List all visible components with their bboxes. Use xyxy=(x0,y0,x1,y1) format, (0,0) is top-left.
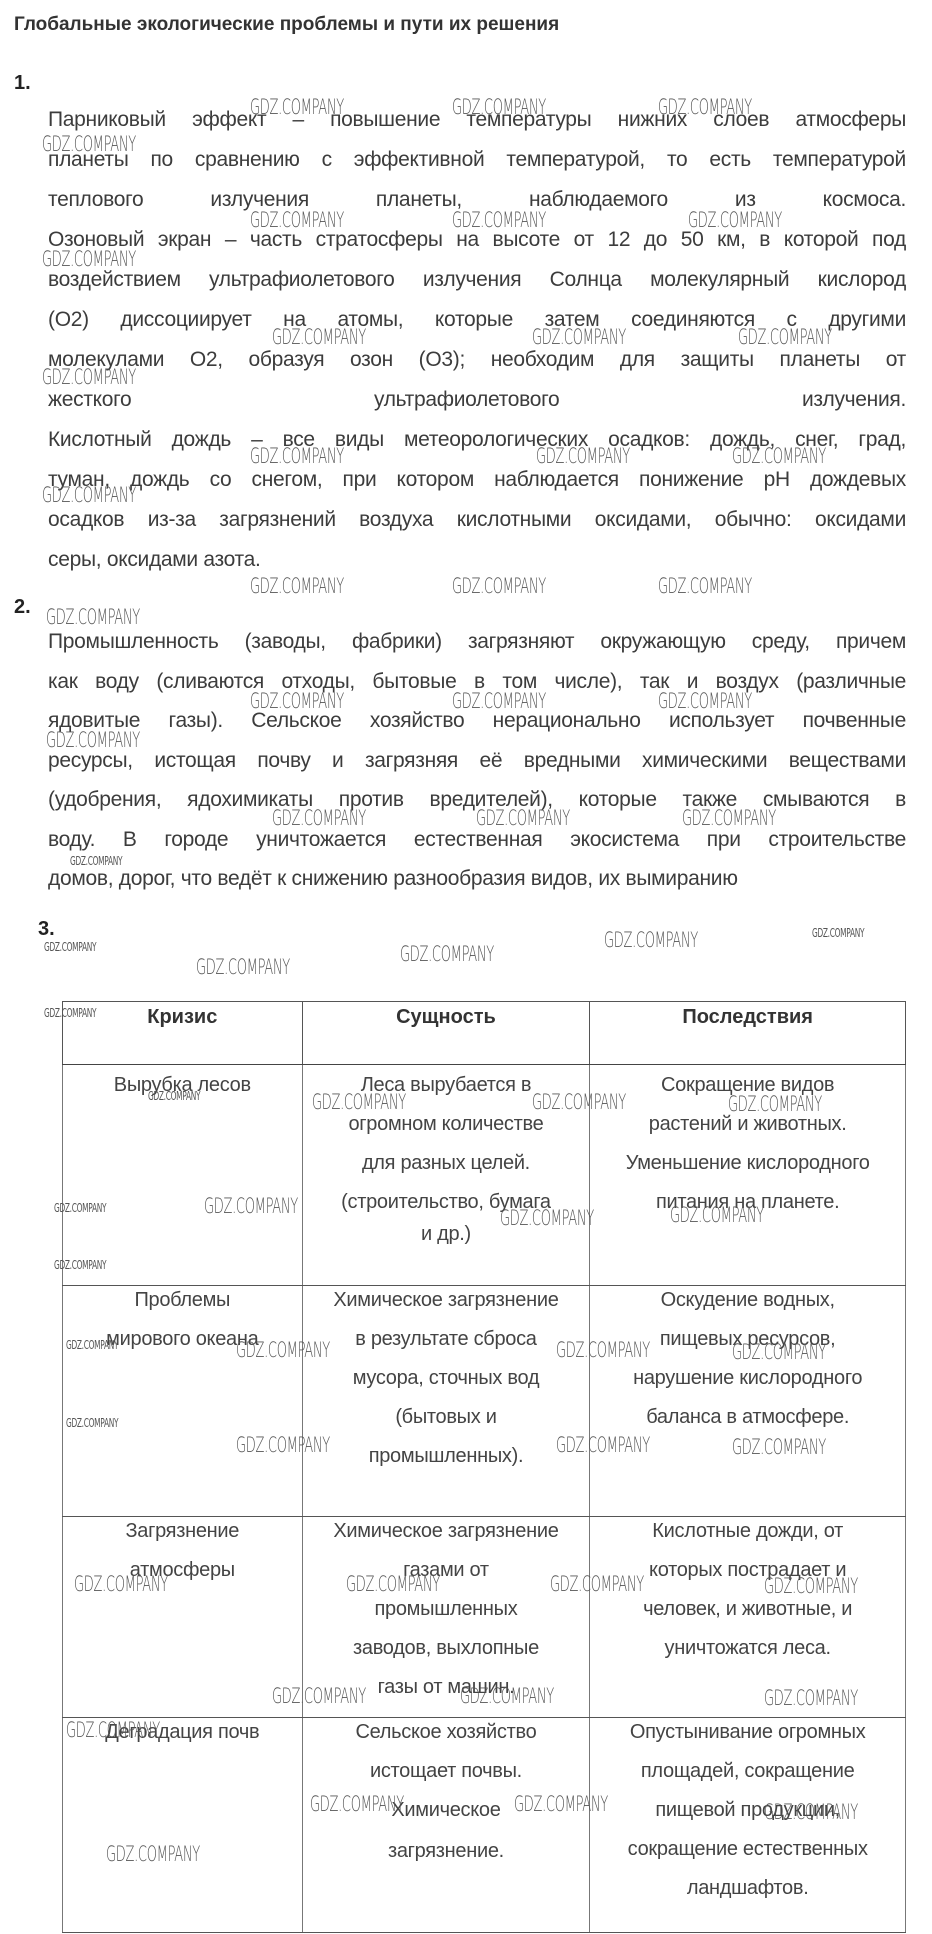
table-row: Проблемы мирового океана Химическое загр… xyxy=(63,1286,906,1517)
watermark-text: GDZ.COMPANY xyxy=(604,928,698,952)
cell-essence: Химическое загрязнение в результате сбро… xyxy=(302,1286,590,1517)
cell-line: Проблемы xyxy=(69,1288,296,1327)
cell-crisis: Деградация почв xyxy=(63,1718,303,1933)
cell-line: истощает почвы. xyxy=(309,1759,584,1798)
header-consequences: Последствия xyxy=(590,1002,906,1065)
section-2-text: Промышленность (заводы, фабрики) загрязн… xyxy=(48,630,906,907)
cell-line: промышленных xyxy=(309,1597,584,1636)
cell-crisis: Проблемы мирового океана xyxy=(63,1286,303,1517)
cell-crisis: Загрязнение атмосферы xyxy=(63,1517,303,1718)
text-line: воду. В городе уничтожается естественная… xyxy=(48,828,906,868)
cell-line: для разных целей. xyxy=(309,1151,584,1190)
header-crisis: Кризис xyxy=(63,1002,303,1065)
cell-line: Вырубка лесов xyxy=(69,1073,296,1112)
text-line: осадков из-за загрязнений воздуха кислот… xyxy=(48,508,906,548)
cell-line: огромном количестве xyxy=(309,1112,584,1151)
text-line: теплового излучения планеты, наблюдаемог… xyxy=(48,188,906,228)
watermark-text: GDZ.COMPANY xyxy=(44,940,96,954)
cell-line: Химическое xyxy=(309,1798,584,1839)
section-number-2: 2. xyxy=(14,596,31,619)
table-row: Деградация почв Сельское хозяйство истощ… xyxy=(63,1718,906,1933)
table-header-row: Кризис Сущность Последствия xyxy=(63,1002,906,1065)
cell-line: Опустынивание огромных xyxy=(596,1720,899,1759)
cell-crisis: Вырубка лесов xyxy=(63,1065,303,1286)
cell-line: мусора, сточных вод xyxy=(309,1366,584,1405)
cell-essence: Леса вырубается в огромном количестве дл… xyxy=(302,1065,590,1286)
cell-line: пищевых ресурсов, xyxy=(596,1327,899,1366)
text-line: ресурсы, истощая почву и загрязняя её вр… xyxy=(48,749,906,789)
cell-line: баланса в атмосфере. xyxy=(596,1405,899,1444)
text-line: Кислотный дождь – все виды метеорологиче… xyxy=(48,428,906,468)
cell-line: Кислотные дожди, от xyxy=(596,1519,899,1558)
text-line: туман, дождь со снегом, при котором набл… xyxy=(48,468,906,508)
text-line: серы, оксидами азота. xyxy=(48,548,906,588)
watermark-text: GDZ.COMPANY xyxy=(812,926,864,940)
text-line: молекулами O2, образуя озон (O3); необхо… xyxy=(48,348,906,388)
section-number-3: 3. xyxy=(38,918,55,941)
cell-line: Леса вырубается в xyxy=(309,1073,584,1112)
cell-line: нарушение кислородного xyxy=(596,1366,899,1405)
cell-line: Сокращение видов xyxy=(596,1073,899,1112)
cell-line: Оскудение водных, xyxy=(596,1288,899,1327)
cell-essence: Сельское хозяйство истощает почвы. Химич… xyxy=(302,1718,590,1933)
cell-line: площадей, сокращение xyxy=(596,1759,899,1798)
cell-line: человек, и животные, и xyxy=(596,1597,899,1636)
cell-line: (строительство, бумага xyxy=(309,1190,584,1222)
cell-line: питания на планете. xyxy=(596,1190,899,1229)
text-line: жесткого ультрафиолетового излучения. xyxy=(48,388,906,428)
text-line: (O2) диссоциирует на атомы, которые зате… xyxy=(48,308,906,348)
cell-consequences: Сокращение видов растений и животных. Ум… xyxy=(590,1065,906,1286)
cell-consequences: Оскудение водных, пищевых ресурсов, нару… xyxy=(590,1286,906,1517)
cell-line: Химическое загрязнение xyxy=(309,1288,584,1327)
cell-line: уничтожатся леса. xyxy=(596,1636,899,1675)
cell-line: (бытовых и xyxy=(309,1405,584,1444)
cell-line: промышленных). xyxy=(309,1444,584,1483)
cell-line: Уменьшение кислородного xyxy=(596,1151,899,1190)
cell-line: мирового океана xyxy=(69,1327,296,1366)
cell-consequences: Опустынивание огромных площадей, сокраще… xyxy=(590,1718,906,1933)
text-line: ядовитые газы). Сельское хозяйство нерац… xyxy=(48,709,906,749)
cell-line: газами от xyxy=(309,1558,584,1597)
cell-line: Химическое загрязнение xyxy=(309,1519,584,1558)
text-line: воздействием ультрафиолетового излучения… xyxy=(48,268,906,308)
cell-line: атмосферы xyxy=(69,1558,296,1597)
cell-line: газы от машин. xyxy=(309,1675,584,1714)
section-number-1: 1. xyxy=(14,72,31,95)
watermark-text: GDZ.COMPANY xyxy=(196,955,290,979)
cell-line: загрязнение. xyxy=(309,1839,584,1878)
cell-line: ландшафтов. xyxy=(596,1876,899,1915)
cell-line: в результате сброса xyxy=(309,1327,584,1366)
text-line: Парниковый эффект – повышение температур… xyxy=(48,108,906,148)
text-line: (удобрения, ядохимикаты против вредителе… xyxy=(48,788,906,828)
cell-line: заводов, выхлопные xyxy=(309,1636,584,1675)
cell-line: Загрязнение xyxy=(69,1519,296,1558)
crisis-table: Кризис Сущность Последствия Вырубка лесо… xyxy=(62,1001,906,1933)
text-line: Промышленность (заводы, фабрики) загрязн… xyxy=(48,630,906,670)
text-line: как воду (сливаются отходы, бытовые в то… xyxy=(48,670,906,710)
cell-line: Деградация почв xyxy=(69,1720,296,1759)
header-essence: Сущность xyxy=(302,1002,590,1065)
cell-line: Сельское хозяйство xyxy=(309,1720,584,1759)
watermark-text: GDZ.COMPANY xyxy=(400,942,494,966)
cell-line: которых пострадает и xyxy=(596,1558,899,1597)
text-line: планеты по сравнению с эффективной темпе… xyxy=(48,148,906,188)
cell-consequences: Кислотные дожди, от которых пострадает и… xyxy=(590,1517,906,1718)
cell-line: пищевой продукции, xyxy=(596,1798,899,1837)
cell-line: сокращение естественных xyxy=(596,1837,899,1876)
watermark-text: GDZ.COMPANY xyxy=(46,605,140,629)
cell-line: растений и животных. xyxy=(596,1112,899,1151)
cell-essence: Химическое загрязнение газами от промышл… xyxy=(302,1517,590,1718)
page-title: Глобальные экологические проблемы и пути… xyxy=(14,14,559,36)
text-line: Озоновый экран – часть стратосферы на вы… xyxy=(48,228,906,268)
cell-line: и др.) xyxy=(309,1222,584,1261)
table-row: Загрязнение атмосферы Химическое загрязн… xyxy=(63,1517,906,1718)
text-line: домов, дорог, что ведёт к снижению разно… xyxy=(48,867,906,907)
section-1-text: Парниковый эффект – повышение температур… xyxy=(48,108,906,588)
table-row: Вырубка лесов Леса вырубается в огромном… xyxy=(63,1065,906,1286)
